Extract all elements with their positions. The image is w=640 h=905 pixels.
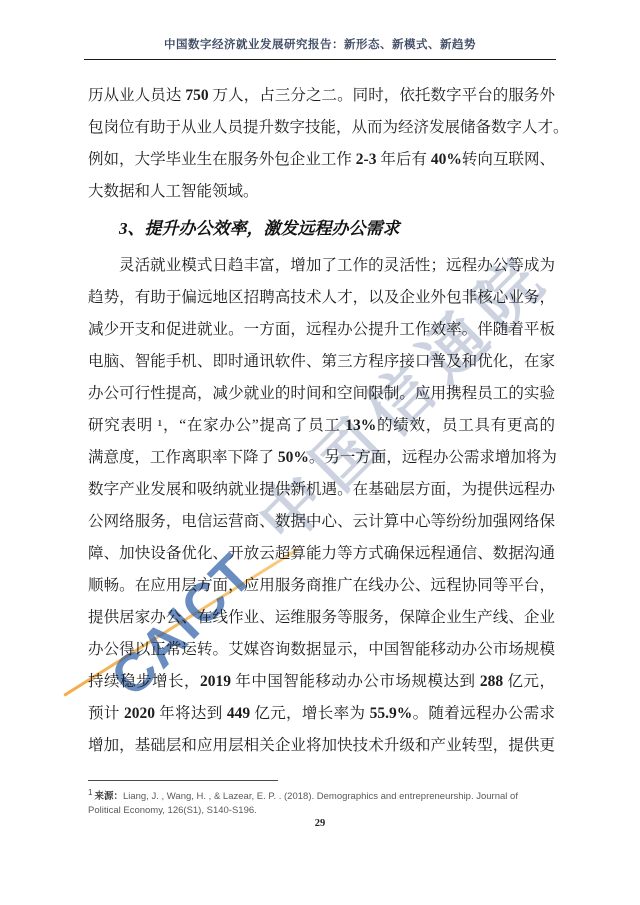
report-page: CAICT中国信通院 中国数字经济就业发展研究报告：新形态、新模式、新趋势 历从… [0,0,640,905]
body-line: 满意度，工作离职率下降了 50%。另一方面，远程办公需求增加将为 [88,442,555,474]
body-line: 趋势，有助于偏远地区招聘高技术人才，以及企业外包非核心业务， [88,282,555,314]
body-line: 历从业人员达 750 万人，占三分之二。同时，依托数字平台的服务外 [88,80,555,112]
body-line: 例如，大学毕业生在服务外包企业工作 2-3 年后有 40%转向互联网、 [88,144,555,176]
page-number: 29 [0,818,640,829]
body-line: 提供居家办公、在线作业、运维服务等服务，保障企业生产线、企业 [88,602,555,634]
body-line: 公网络服务，电信运营商、数据中心、云计算中心等纷纷加强网络保 [88,506,555,538]
body-line: 研究表明 ¹，“在家办公”提高了员工 13%的绩效，员工具有更高的 [88,410,555,442]
body-line: 障、加快设备优化、开放云超算能力等方式确保远程通信、数据沟通 [88,538,555,570]
header-title: 中国数字经济就业发展研究报告：新形态、新模式、新趋势 [164,39,476,51]
body-line: 电脑、智能手机、即时通讯软件、第三方程序接口普及和优化，在家 [88,346,555,378]
footnote-divider [88,780,278,781]
body-line: 数字产业发展和吸纳就业提供新机遇。在基础层方面，为提供远程办 [88,474,555,506]
body-line: 增加，基础层和应用层相关企业将加快技术升级和产业转型，提供更 [88,730,555,762]
page-header: 中国数字经济就业发展研究报告：新形态、新模式、新趋势 [84,36,556,60]
page-body: 历从业人员达 750 万人，占三分之二。同时，依托数字平台的服务外 包岗位有助于… [88,80,555,762]
body-line: 持续稳步增长，2019 年中国智能移动办公市场规模达到 288 亿元， [88,666,555,698]
body-line: 预计 2020 年将达到 449 亿元，增长率为 55.9%。随着远程办公需求 [88,698,555,730]
footnote-entry: 1来源：Liang, J. , Wang, H. , & Lazear, E. … [88,786,550,817]
body-line: 办公可行性提高，减少就业的时间和空间限制。应用携程员工的实验 [88,378,555,410]
footnote-marker: 1 [88,788,92,797]
body-line: 大数据和人工智能领域。 [88,176,555,208]
body-line: 减少开支和促进就业。一方面，远程办公提升工作效率。伴随着平板 [88,314,555,346]
footnote: 1来源：Liang, J. , Wang, H. , & Lazear, E. … [88,780,550,817]
body-line: 顺畅。在应用层方面，应用服务商推广在线办公、远程协同等平台， [88,570,555,602]
footnote-text: Liang, J. , Wang, H. , & Lazear, E. P. .… [88,791,518,816]
body-line: 灵活就业模式日趋丰富，增加了工作的灵活性；远程办公等成为 [88,250,555,282]
section-heading: 3、提升办公效率，激发远程办公需求 [88,208,555,250]
body-line: 包岗位有助于从业人员提升数字技能，从而为经济发展储备数字人才。 [88,112,555,144]
footnote-source-label: 来源： [94,791,123,802]
body-line: 办公得以正常运转。艾媒咨询数据显示，中国智能移动办公市场规模 [88,634,555,666]
